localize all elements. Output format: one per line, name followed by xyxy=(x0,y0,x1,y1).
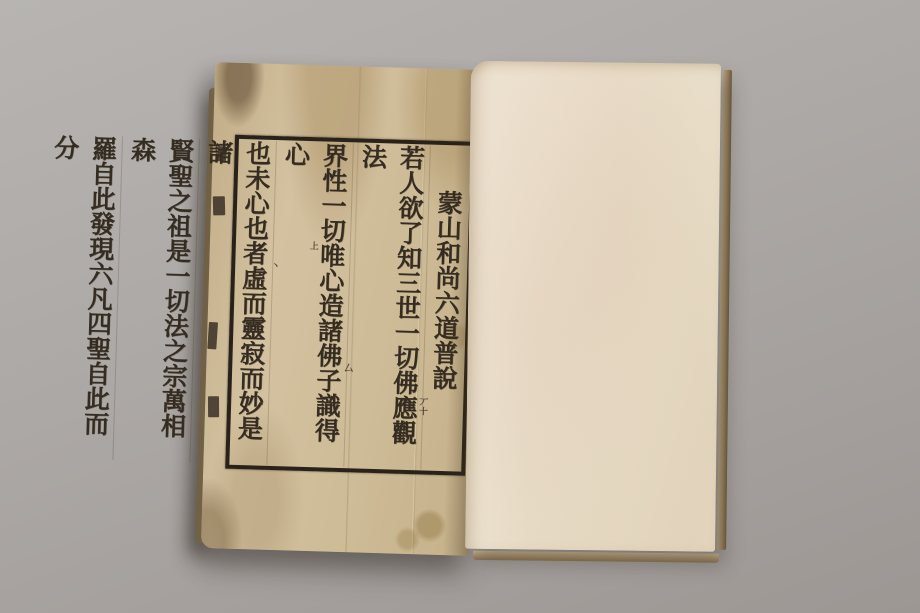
gugyeol-annotation: 丶 xyxy=(269,261,278,270)
left-page: 蒙山和尚六道普說 若人欲了知三世一切佛應觀法 界性一切唯心造諸佛子識得心 也未心… xyxy=(201,62,483,556)
page-edges-bottom xyxy=(473,551,719,563)
gugyeol-annotation: 丆十 xyxy=(417,397,427,415)
text-column: 賢聖之祖是一切法之宗萬相森 xyxy=(112,136,199,462)
text-column: 界性一切唯心造諸佛子識得心 xyxy=(266,141,353,467)
text-frame: 蒙山和尚六道普說 若人欲了知三世一切佛應觀法 界性一切唯心造諸佛子識得心 也未心… xyxy=(225,135,475,476)
open-book: 蒙山和尚六道普說 若人欲了知三世一切佛應觀法 界性一切唯心造諸佛子識得心 也未心… xyxy=(200,58,740,568)
gugyeol-annotation: 上 xyxy=(308,241,317,250)
text-column: 若人欲了知三世一切佛應觀法 xyxy=(343,143,430,469)
photo-background: 蒙山和尚六道普說 若人欲了知三世一切佛應觀法 界性一切唯心造諸佛子識得心 也未心… xyxy=(0,0,920,613)
blank-page-sheet xyxy=(465,61,721,552)
gugyeol-annotation: 厶 xyxy=(342,363,351,372)
text-columns: 蒙山和尚六道普說 若人欲了知三世一切佛應觀法 界性一切唯心造諸佛子識得心 也未心… xyxy=(229,139,471,472)
text-column: 羅自此發現六凡四聖自此而分 xyxy=(36,134,122,460)
right-page xyxy=(465,57,733,564)
text-column: 也未心也者虛而靈寂而妙是諸 xyxy=(189,139,276,465)
